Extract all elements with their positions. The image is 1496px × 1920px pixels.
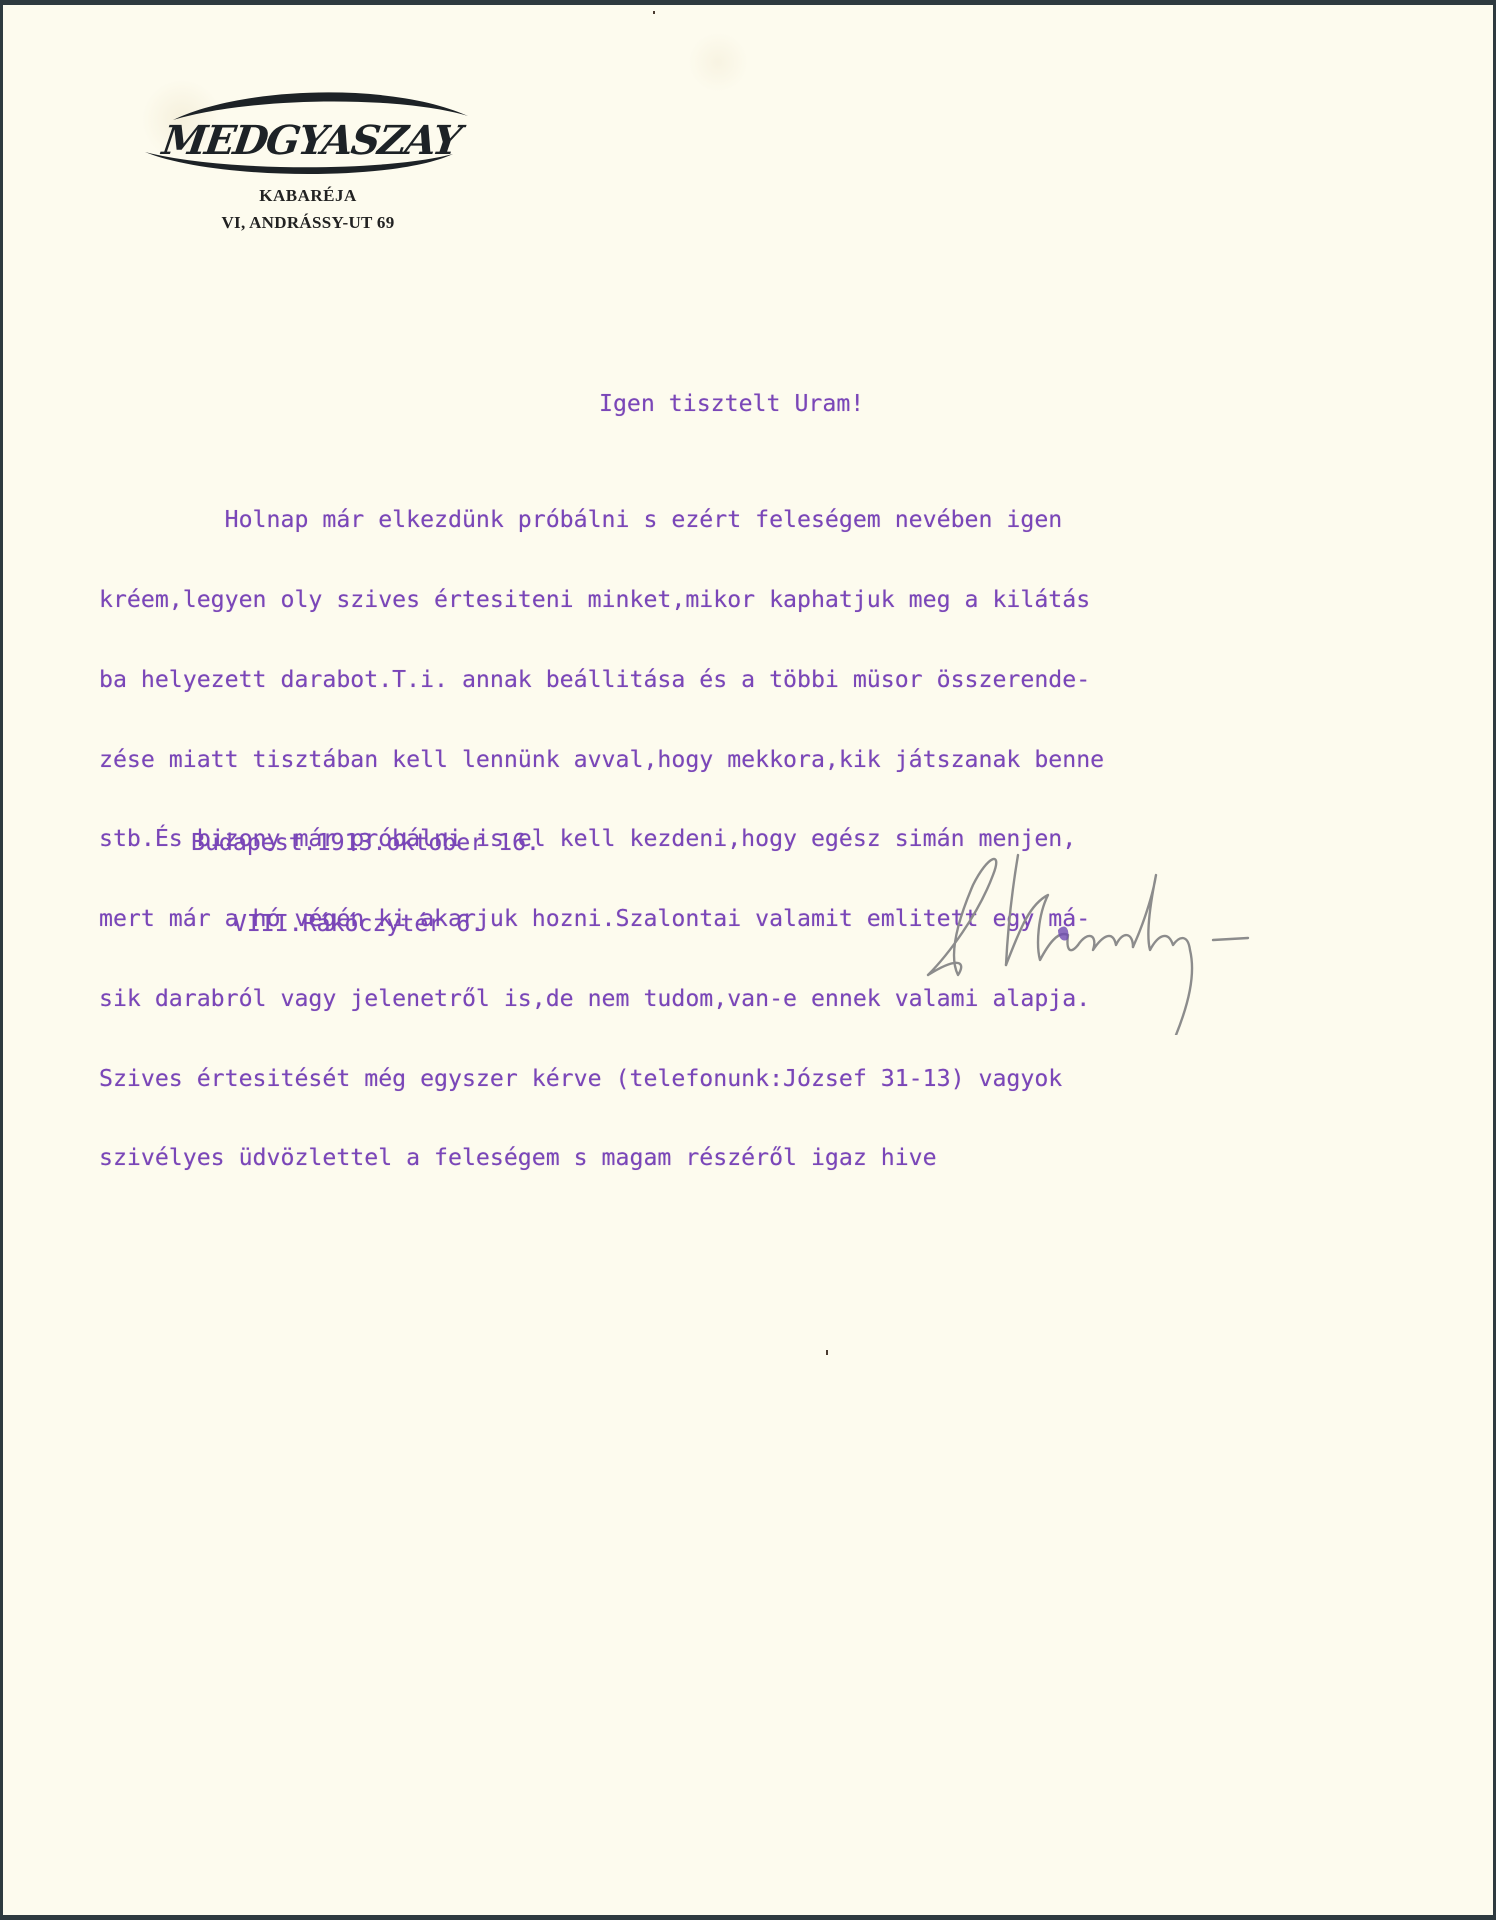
body-line: szivélyes üdvözlettel a feleségem s maga… [99, 1145, 1104, 1172]
letterhead-address: VI, ANDRÁSSY-UT 69 [133, 213, 483, 233]
letterhead: MEDGYASZAY KABARÉJA VI, ANDRÁSSY-UT 69 [133, 90, 483, 240]
ink-blot [1058, 927, 1068, 941]
body-line: ba helyezett darabot.T.i. annak beállitá… [99, 667, 1104, 694]
logo-wordmark: MEDGYASZAY [138, 117, 485, 164]
paper-speck [653, 11, 655, 14]
salutation: Igen tisztelt Uram! [599, 390, 864, 417]
body-line: Szives értesitését még egyszer kérve (te… [99, 1066, 1104, 1093]
letter-page: MEDGYASZAY KABARÉJA VI, ANDRÁSSY-UT 69 I… [3, 5, 1493, 1915]
signature-icon [918, 835, 1268, 1035]
letterhead-subtitle: KABARÉJA [133, 186, 483, 206]
place-date-block: Budapest.1913.oktober 16. VIII.Rákóczyté… [191, 775, 540, 991]
paper-speck [826, 1350, 828, 1355]
body-line: zése miatt tisztában kell lennünk avval,… [99, 747, 1104, 774]
body-line: kréem,legyen oly szives értesiteni minke… [99, 587, 1104, 614]
place-date: Budapest.1913.oktober 16. [191, 829, 540, 856]
sender-address: VIII.Rákóczytér 6. [191, 910, 540, 937]
body-line: Holnap már elkezdünk próbálni s ezért fe… [99, 507, 1104, 534]
